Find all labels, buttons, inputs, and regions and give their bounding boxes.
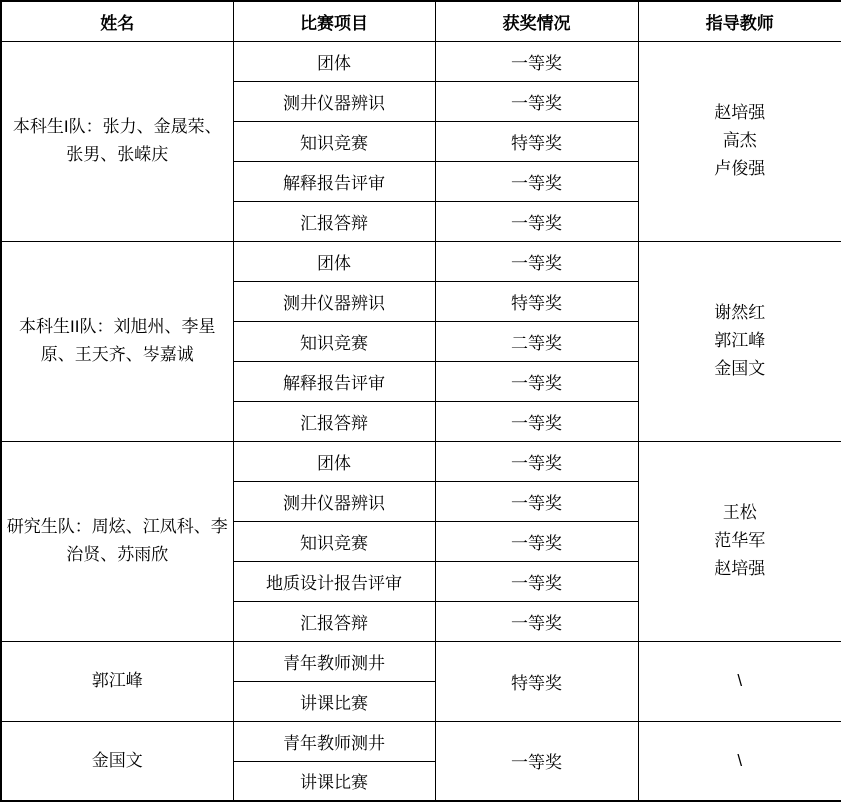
header-name: 姓名 [1, 1, 233, 41]
teachers-cell: 王松 范华军 赵培强 [638, 441, 841, 641]
teacher-name: 赵培强 [643, 555, 838, 583]
person-name-cell: 郭江峰 [1, 641, 233, 721]
teacher-name: 高杰 [643, 127, 838, 155]
document-page: 姓名 比赛项目 获奖情况 指导教师 本科生I队：张力、金晟荣、张男、张嵘庆 团体… [0, 0, 841, 801]
teacher-name: 赵培强 [643, 99, 838, 127]
team-name-cell: 本科生I队：张力、金晟荣、张男、张嵘庆 [1, 41, 233, 241]
group-teacher-guo: 郭江峰 青年教师测井 特等奖 \ 讲课比赛 [1, 641, 841, 721]
header-award: 获奖情况 [435, 1, 638, 41]
award-cell: 一等奖 [435, 41, 638, 81]
event-cell: 汇报答辩 [233, 201, 435, 241]
event-cell: 讲课比赛 [233, 681, 435, 721]
award-cell: 特等奖 [435, 121, 638, 161]
event-cell: 解释报告评审 [233, 361, 435, 401]
event-cell: 团体 [233, 41, 435, 81]
award-cell: 特等奖 [435, 641, 638, 721]
event-cell: 团体 [233, 241, 435, 281]
teacher-placeholder: \ [643, 667, 838, 695]
group-undergrad-team-1: 本科生I队：张力、金晟荣、张男、张嵘庆 团体 一等奖 赵培强 高杰 卢俊强 测井… [1, 41, 841, 241]
teachers-cell: \ [638, 641, 841, 721]
award-cell: 一等奖 [435, 361, 638, 401]
team-name-cell: 研究生队：周炫、江凤科、李治贤、苏雨欣 [1, 441, 233, 641]
teacher-placeholder: \ [643, 747, 838, 775]
group-graduate-team: 研究生队：周炫、江凤科、李治贤、苏雨欣 团体 一等奖 王松 范华军 赵培强 测井… [1, 441, 841, 641]
award-cell: 一等奖 [435, 81, 638, 121]
event-cell: 汇报答辩 [233, 401, 435, 441]
table-row: 郭江峰 青年教师测井 特等奖 \ [1, 641, 841, 681]
teachers-cell: \ [638, 721, 841, 801]
award-cell: 一等奖 [435, 441, 638, 481]
event-cell: 测井仪器辨识 [233, 481, 435, 521]
person-name-cell: 金国文 [1, 721, 233, 801]
event-cell: 解释报告评审 [233, 161, 435, 201]
group-teacher-jin: 金国文 青年教师测井 一等奖 \ 讲课比赛 [1, 721, 841, 801]
award-cell: 一等奖 [435, 561, 638, 601]
event-cell: 地质设计报告评审 [233, 561, 435, 601]
event-cell: 测井仪器辨识 [233, 281, 435, 321]
event-cell: 讲课比赛 [233, 761, 435, 801]
teachers-cell: 赵培强 高杰 卢俊强 [638, 41, 841, 241]
teachers-cell: 谢然红 郭江峰 金国文 [638, 241, 841, 441]
table-header-row: 姓名 比赛项目 获奖情况 指导教师 [1, 1, 841, 41]
teacher-name: 范华军 [643, 527, 838, 555]
header-event: 比赛项目 [233, 1, 435, 41]
awards-table: 姓名 比赛项目 获奖情况 指导教师 本科生I队：张力、金晟荣、张男、张嵘庆 团体… [0, 0, 841, 802]
group-undergrad-team-2: 本科生II队：刘旭州、李星原、王天齐、岑嘉诚 团体 一等奖 谢然红 郭江峰 金国… [1, 241, 841, 441]
table-row: 金国文 青年教师测井 一等奖 \ [1, 721, 841, 761]
team-name-cell: 本科生II队：刘旭州、李星原、王天齐、岑嘉诚 [1, 241, 233, 441]
teacher-name: 谢然红 [643, 299, 838, 327]
award-cell: 一等奖 [435, 241, 638, 281]
event-cell: 青年教师测井 [233, 641, 435, 681]
award-cell: 一等奖 [435, 201, 638, 241]
event-cell: 知识竞赛 [233, 121, 435, 161]
teacher-name: 郭江峰 [643, 327, 838, 355]
event-cell: 青年教师测井 [233, 721, 435, 761]
teacher-name: 金国文 [643, 355, 838, 383]
table-row: 姓名 比赛项目 获奖情况 指导教师 [1, 1, 841, 41]
award-cell: 一等奖 [435, 721, 638, 801]
event-cell: 汇报答辩 [233, 601, 435, 641]
header-teacher: 指导教师 [638, 1, 841, 41]
event-cell: 团体 [233, 441, 435, 481]
table-row: 研究生队：周炫、江凤科、李治贤、苏雨欣 团体 一等奖 王松 范华军 赵培强 [1, 441, 841, 481]
event-cell: 知识竞赛 [233, 321, 435, 361]
award-cell: 一等奖 [435, 161, 638, 201]
award-cell: 一等奖 [435, 401, 638, 441]
award-cell: 特等奖 [435, 281, 638, 321]
table-row: 本科生II队：刘旭州、李星原、王天齐、岑嘉诚 团体 一等奖 谢然红 郭江峰 金国… [1, 241, 841, 281]
teacher-name: 王松 [643, 499, 838, 527]
award-cell: 一等奖 [435, 481, 638, 521]
table-row: 本科生I队：张力、金晟荣、张男、张嵘庆 团体 一等奖 赵培强 高杰 卢俊强 [1, 41, 841, 81]
award-cell: 一等奖 [435, 521, 638, 561]
award-cell: 一等奖 [435, 601, 638, 641]
event-cell: 测井仪器辨识 [233, 81, 435, 121]
award-cell: 二等奖 [435, 321, 638, 361]
event-cell: 知识竞赛 [233, 521, 435, 561]
teacher-name: 卢俊强 [643, 155, 838, 183]
